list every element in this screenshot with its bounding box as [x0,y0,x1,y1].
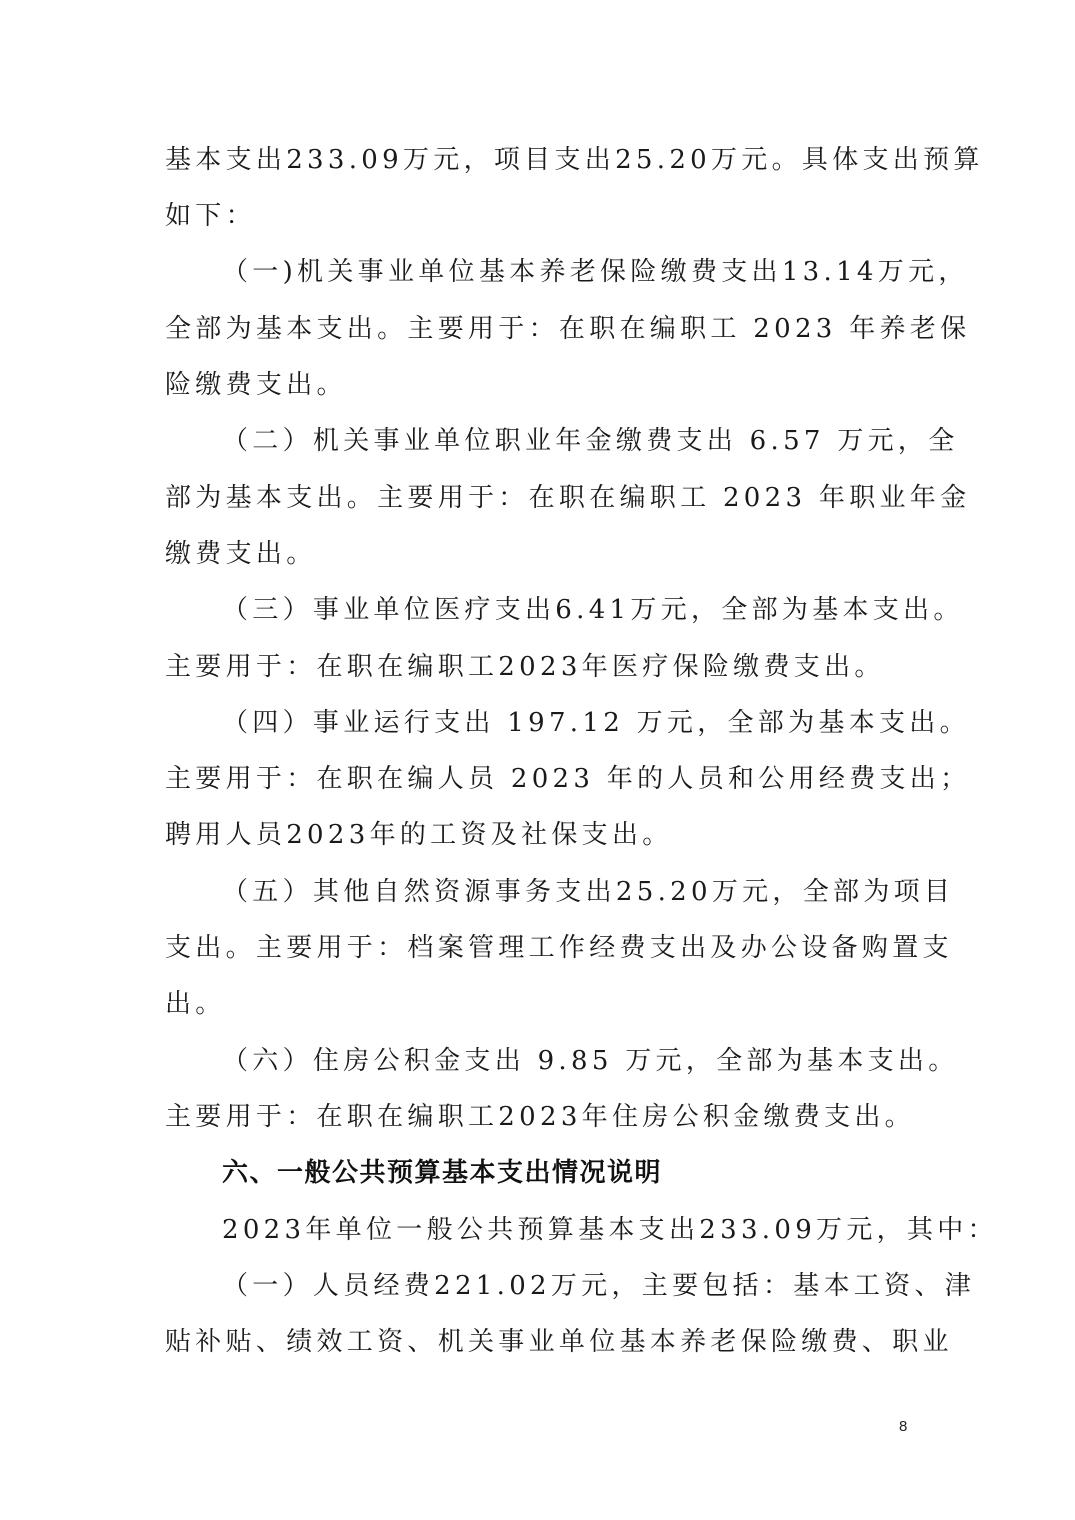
page-number: 8 [899,1418,907,1435]
paragraph-line: 缴费支出。 [165,537,915,571]
paragraph-line: 出。 [165,987,915,1021]
paragraph-line: （三）事业单位医疗支出6.41万元，全部为基本支出。 [222,593,972,627]
paragraph-line: 主要用于：在职在编职工2023年住房公积金缴费支出。 [165,1100,915,1134]
paragraph-line: （四）事业运行支出 197.12 万元，全部为基本支出。 [222,706,972,740]
document-page: 基本支出233.09万元，项目支出25.20万元。具体支出预算 如下： （一)机… [0,0,1075,1520]
paragraph-line: （一）人员经费221.02万元，主要包括：基本工资、津 [222,1269,972,1303]
paragraph-line: 主要用于：在职在编职工2023年医疗保险缴费支出。 [165,650,915,684]
section-heading: 六、一般公共预算基本支出情况说明 [222,1156,972,1190]
paragraph-line: （二）机关事业单位职业年金缴费支出 6.57 万元，全 [222,424,972,458]
paragraph-line: 2023年单位一般公共预算基本支出233.09万元，其中： [222,1213,972,1247]
paragraph-line: 部为基本支出。主要用于：在职在编职工 2023 年职业年金 [165,481,915,515]
paragraph-line: （一)机关事业单位基本养老保险缴费支出13.14万元， [222,255,972,289]
paragraph-line: 险缴费支出。 [165,368,915,402]
paragraph-line: 聘用人员2023年的工资及社保支出。 [165,818,915,852]
paragraph-line: （六）住房公积金支出 9.85 万元，全部为基本支出。 [222,1044,972,1078]
paragraph-line: 支出。主要用于：档案管理工作经费支出及办公设备购置支 [165,931,915,965]
paragraph-line: 如下： [165,199,915,233]
paragraph-line: 贴补贴、绩效工资、机关事业单位基本养老保险缴费、职业 [165,1325,915,1359]
paragraph-line: （五）其他自然资源事务支出25.20万元，全部为项目 [222,875,972,909]
paragraph-line: 基本支出233.09万元，项目支出25.20万元。具体支出预算 [165,143,915,177]
paragraph-line: 全部为基本支出。主要用于：在职在编职工 2023 年养老保 [165,312,915,346]
paragraph-line: 主要用于：在职在编人员 2023 年的人员和公用经费支出； [165,762,915,796]
